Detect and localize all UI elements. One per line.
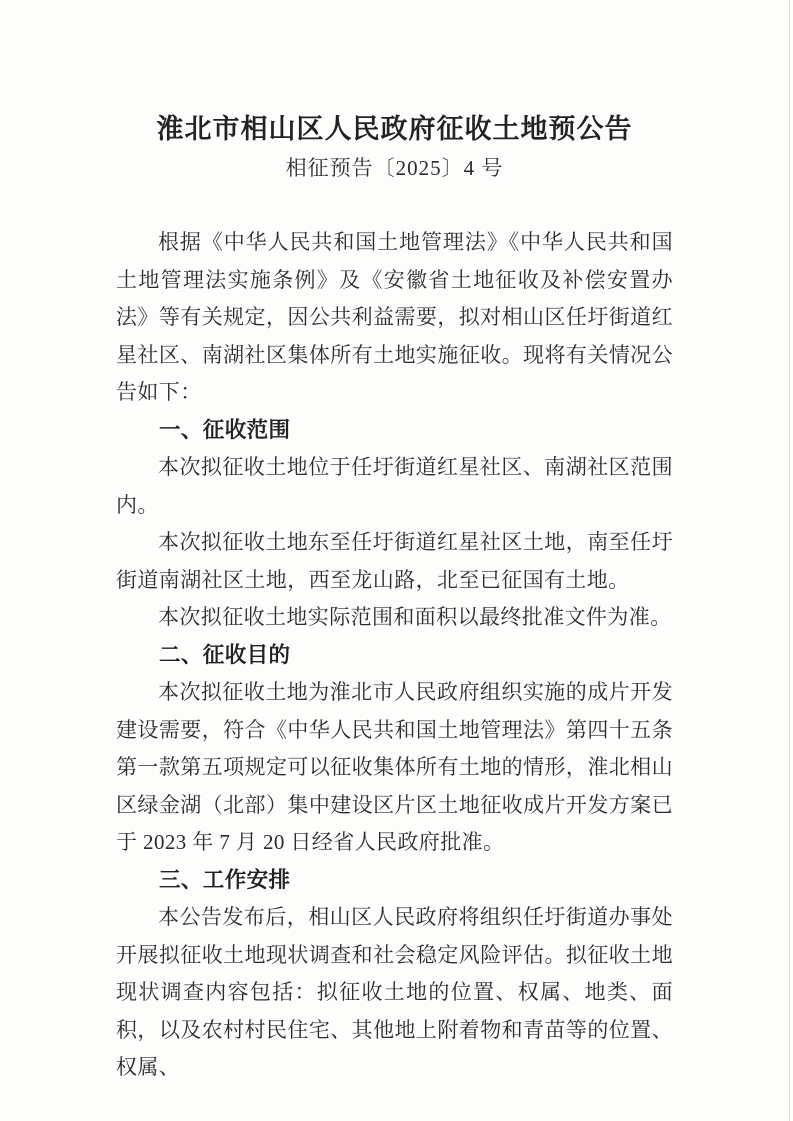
intro-paragraph: 根据《中华人民共和国土地管理法》《中华人民共和国土地管理法实施条例》及《安徽省土…: [116, 224, 673, 412]
section-1-heading: 一、征收范围: [116, 412, 673, 450]
section-1-paragraph-3: 本次拟征收土地实际范围和面积以最终批准文件为准。: [116, 599, 673, 637]
scanned-document-page: 淮北市相山区人民政府征收土地预公告 相征预告〔2025〕4 号 根据《中华人民共…: [0, 0, 793, 1121]
document-body: 根据《中华人民共和国土地管理法》《中华人民共和国土地管理法实施条例》及《安徽省土…: [116, 224, 673, 1087]
section-1-paragraph-2: 本次拟征收土地东至任圩街道红星社区土地，南至任圩街道南湖社区土地，西至龙山路，北…: [116, 524, 673, 599]
document-number: 相征预告〔2025〕4 号: [116, 153, 673, 183]
section-2-heading: 二、征收目的: [116, 637, 673, 675]
section-2-paragraph-1: 本次拟征收土地为淮北市人民政府组织实施的成片开发建设需要，符合《中华人民共和国土…: [116, 674, 673, 862]
section-1-paragraph-1: 本次拟征收土地位于任圩街道红星社区、南湖社区范围内。: [116, 449, 673, 524]
document-title: 淮北市相山区人民政府征收土地预公告: [116, 112, 673, 147]
section-3-paragraph-1: 本公告发布后，相山区人民政府将组织任圩街道办事处开展拟征收土地现状调查和社会稳定…: [116, 899, 673, 1087]
scan-edge-artifact: [789, 0, 790, 1121]
document-content: 淮北市相山区人民政府征收土地预公告 相征预告〔2025〕4 号 根据《中华人民共…: [0, 0, 793, 1087]
section-3-heading: 三、工作安排: [116, 862, 673, 900]
